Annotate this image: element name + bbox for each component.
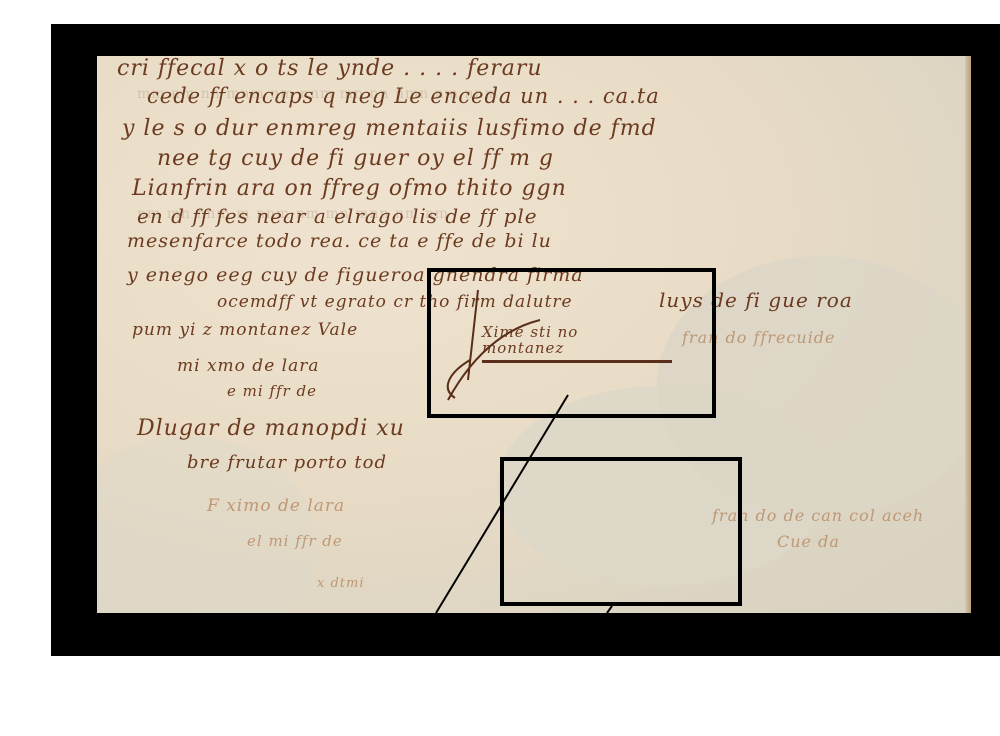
manuscript-line: pum yi z montanez Vale — [132, 320, 358, 340]
signature-fran-col: fran do de can col aceh — [712, 506, 924, 525]
manuscript-line: y le s o dur enmreg mentaiis lusfimo de … — [122, 116, 657, 141]
page-edge — [965, 56, 971, 613]
signature-line: bre frutar porto tod — [187, 452, 387, 473]
signature-line: x dtmi — [317, 576, 365, 591]
manuscript-line: mesenfarce todo rea. ce ta e ffe de bi l… — [127, 230, 552, 252]
signature-line: mi xmo de lara — [177, 356, 320, 376]
highlight-box-blank — [500, 457, 742, 606]
manuscript-line: cri ffecal x o ts le ynde . . . . feraru — [117, 56, 543, 81]
signature-cue: Cue da — [777, 532, 840, 551]
signature-line: e mi ffr de — [227, 382, 317, 400]
signature-line: el mi ffr de — [247, 532, 343, 550]
manuscript-line: cede ff encaps q neg Le enceda un . . . … — [147, 84, 660, 108]
signature-line: Dlugar de manopdi xu — [137, 416, 405, 441]
manuscript-line: Lianfrin ara on ffreg ofmo thito ggn — [132, 176, 567, 201]
manuscript-line: en d ff fes near a elrago lis de ff ple — [137, 204, 538, 228]
highlight-box-signature — [427, 268, 716, 418]
signature-line: F ximo de lara — [207, 496, 345, 516]
manuscript-line: nee tg cuy de fi guer oy el ff m g — [157, 146, 554, 171]
